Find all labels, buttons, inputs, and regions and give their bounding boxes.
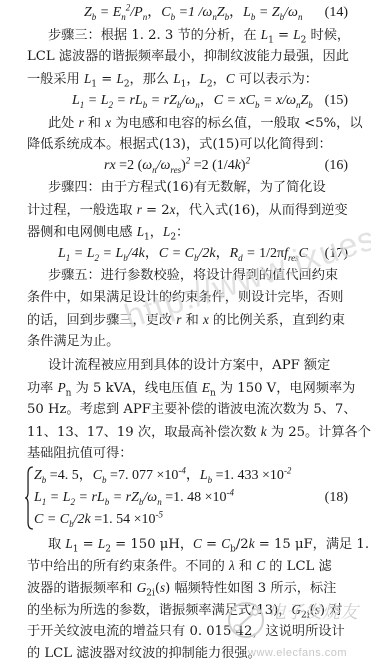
result-line-2: 节中给出的所有约束条件。不同的 λ 和 C 的 LCL 滤 xyxy=(27,557,347,576)
step3-line-2: LCL 滤波器的谐振频率最小，抑制纹波能力最强，因此 xyxy=(27,48,347,66)
design-line-4: 11、13、17、19 次，取最高补偿次数 k 为 25。计算各个 xyxy=(27,423,347,442)
result-line-1: 取 L1 = L2 = 150 μH，C = Cb/2k = 15 μF，满足 … xyxy=(48,535,348,554)
equation-number: (17) xyxy=(325,245,348,263)
note-line-2: 降低系统成本。根据式(13)，式(15)可以化简得到： xyxy=(27,136,347,154)
step4-line-3: 器侧和电网侧电感 L1，L2： xyxy=(27,223,347,242)
step3-line-1: 步骤三：根据 1. 2. 3 节的分析，在 L1 = L2 时候， xyxy=(48,26,348,45)
equation-number: (18) xyxy=(325,489,348,507)
equation-number: (14) xyxy=(325,4,348,22)
design-line-1: 设计流程被应用到具体的设计方案中，APF 额定 xyxy=(48,357,348,375)
equation-number: (15) xyxy=(325,92,348,110)
design-line-2: 功率 Pn 为 5 kVA，线电压值 En 为 150 V，电网频率为 xyxy=(27,379,347,398)
design-line-5: 基础阻抗值可得： xyxy=(27,445,347,463)
equation-14-body: Zb = En2/Pn，Cb =1 /ωnZb，Lb = Zb/ωn xyxy=(84,4,302,22)
equation-18-row-1: Zb =4. 5，Cb =7. 077 ×10-4，Lb =1. 433 ×10… xyxy=(34,467,291,485)
equation-17-body: L1 = L2 = Lb/4k，C = Cb/2k，Rd = 1/2πfresC xyxy=(58,245,308,263)
step4-line-2: 计过程，一般选取 r = 2x，代入式(16)，从而得到逆变 xyxy=(27,201,347,220)
result-line-4: 的坐标为所选的参数，谐振频率满足式(13)，G2i(s) 对 xyxy=(27,601,347,620)
result-line-6: 的 LCL 滤波器对纹波的抑制能力很强。 xyxy=(27,645,347,659)
left-brace-icon xyxy=(24,466,34,530)
result-line-5: 于开关纹波电流的增益只有 0. 015 42，这说明所设计 xyxy=(27,623,347,641)
step5-line-2: 条件中，如果满足设计的约束条件，则设计完毕，否则 xyxy=(27,289,347,307)
step5-line-3: 的话，回到步骤三，更改 r 和 x 的比例关系，直到约束 xyxy=(27,311,347,330)
note-line-1: 此处 r 和 x 为电感和电容的标幺值，一般取 <5%，以 xyxy=(48,114,348,133)
step5-line-4: 条件满足为止。 xyxy=(27,333,347,351)
equation-16-body: rx =2 (ωn/ωres)2 =2 (1/4k)2 xyxy=(104,157,250,175)
step4-line-1: 步骤四：由于方程式(16)有无数解，为了简化设 xyxy=(48,179,348,197)
step3-line-3: 一般采用 L1 = L2，那么 L1，L2，C 可以表示为： xyxy=(27,70,347,89)
design-line-3: 50 Hz。考虑到 APF主要补偿的谐波电流次数为 5、7、 xyxy=(27,401,347,419)
equation-15-body: L1 = L2 = rLb = rZb/ωn，C = xCb = x/ωnZb xyxy=(72,92,313,110)
step5-line-1: 步骤五：进行参数校验，将设计得到的值代回约束 xyxy=(48,267,348,285)
result-line-3: 波器的谐振频率和 G2i(s) 幅频特性如图 3 所示，标注 xyxy=(27,579,347,598)
paper-page: Zb = En2/Pn，Cb =1 /ωnZb，Lb = Zb/ωn (14) … xyxy=(0,0,371,659)
equation-18-row-3: C = Cb/2k =1. 54 ×10-5 xyxy=(34,511,163,529)
equation-18-row-2: L1 = L2 = rLb = rZb/ωn =1. 48 ×10-4 xyxy=(34,489,234,507)
equation-number: (16) xyxy=(325,157,348,175)
